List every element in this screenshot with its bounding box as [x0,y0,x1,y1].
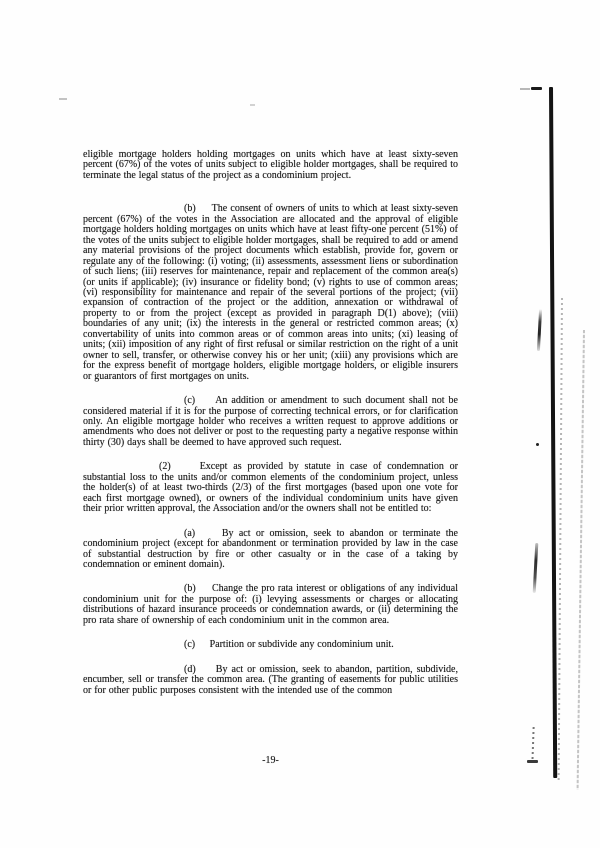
scan-artifact-streak-line [577,330,585,790]
scan-artifact-dash-top-faint [520,88,530,90]
page-number: -19- [83,755,458,766]
scan-artifact-dash-top [531,87,542,90]
scan-artifact-dot [536,443,539,446]
paragraph-c-addition-amendment: (c) An addition or amendment to such doc… [83,396,458,448]
scan-artifact-speck-left [59,98,67,100]
paragraph-b-consent: (b) The consent of owners of units to wh… [83,204,458,382]
scan-artifact-speck-center [250,104,255,106]
paragraph-a-abandon-terminate: (a) By act or omission, seek to abandon … [83,529,458,571]
paragraph-b-pro-rata: (b) Change the pro rata interest or obli… [83,584,458,626]
paragraph-d-common-area: (d) By act or omission, seek to abandon,… [83,665,458,696]
document-page: eligible mortgage holders holding mortga… [0,0,600,848]
paragraph-c-partition: (c) Partition or subdivide any condomini… [83,640,458,650]
text-block: eligible mortgage holders holding mortga… [83,150,458,696]
scan-artifact-tick-upper [537,309,542,351]
scan-artifact-dotted-line [558,298,563,782]
scan-artifact-dots-bottom [531,727,534,763]
paragraph-2-except: (2) Except as provided by statute in cas… [83,462,458,514]
scan-artifact-vertical-bar [549,87,557,778]
scan-artifact-dash-bottom [527,760,538,763]
paragraph-continuation: eligible mortgage holders holding mortga… [83,150,458,181]
scanned-legal-document: { "colors": { "paper": "#fefefe", "ink":… [0,0,600,848]
scan-artifact-tick-middle [533,543,538,593]
